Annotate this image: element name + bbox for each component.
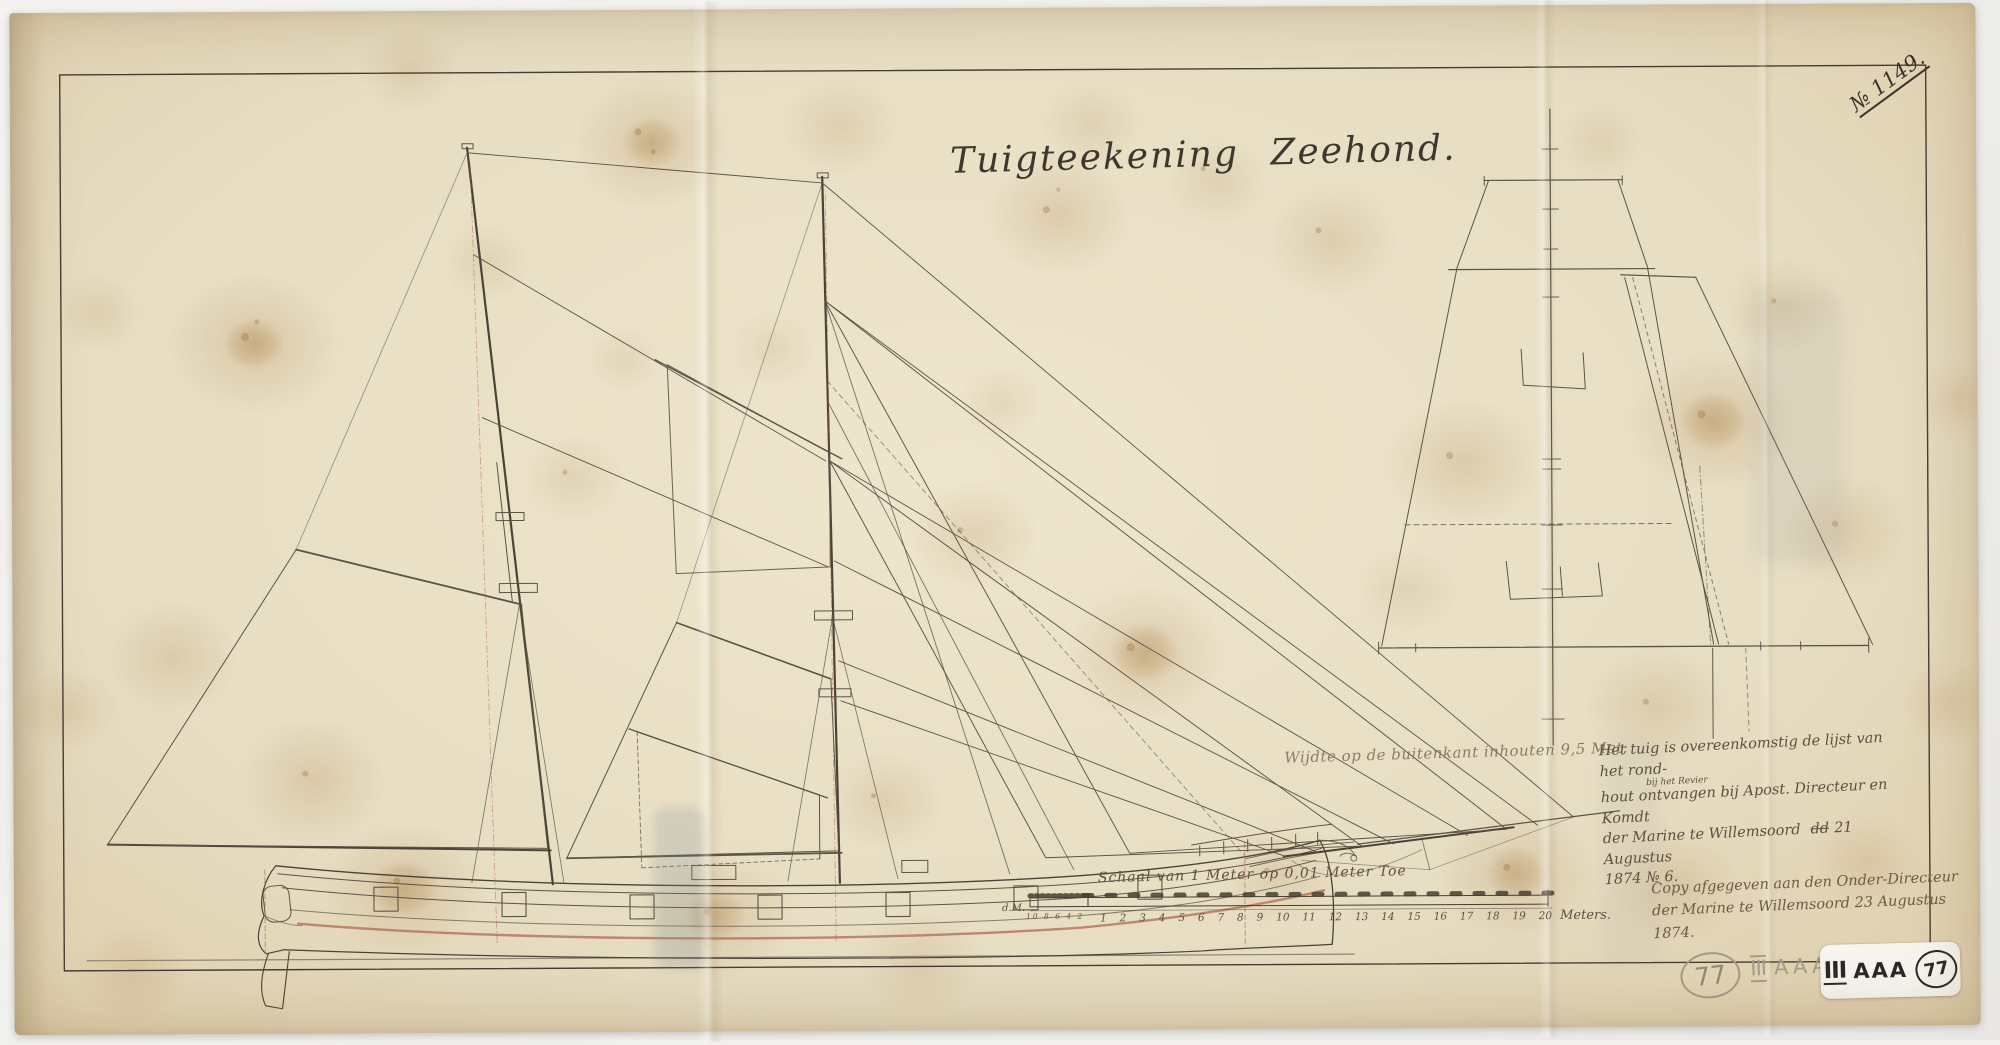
stays	[467, 147, 1574, 877]
scan-background: Tuigteekening Zeehond. № 1149. Wijdte op…	[0, 0, 2000, 1040]
foremast	[822, 177, 840, 883]
square-topsail-outlines	[627, 359, 844, 868]
topgallant-yard	[1484, 180, 1622, 181]
mast-top-bracket-upper	[1521, 349, 1585, 389]
scale-left-sublabels: 10 8 6 4 2	[1026, 912, 1084, 921]
copy-issued-note: Copy afgegeven aan den Onder-Directeur d…	[1651, 865, 1983, 946]
jib-sails	[825, 297, 1507, 859]
waterline	[87, 954, 1354, 961]
stern-profile	[258, 866, 284, 954]
braced-sail-legs	[1625, 276, 1873, 645]
struck-word: dd	[1810, 821, 1829, 838]
deck-house	[692, 865, 736, 879]
lower-yard	[1379, 645, 1869, 648]
scale-tick-labels: 1234567891011121314151617181920	[1100, 910, 1552, 924]
topsail-yard	[1449, 269, 1655, 270]
sheet-content: Tuigteekening Zeehond. № 1149. Wijdte op…	[0, 0, 2000, 1040]
braced-yard	[1621, 274, 1696, 277]
topgallant-sail	[1456, 181, 1647, 269]
sticker-letters: AAA	[1853, 958, 1908, 983]
rigging-receipt-note: Het tuig is overeenkomstig de lijst van …	[1598, 727, 1915, 891]
scale-left-unit: d.M.	[1002, 903, 1025, 914]
pencil-code-stamp: III AAA	[1750, 952, 1831, 982]
sticker-circled-number: 77	[1912, 947, 1960, 991]
sail-plan-front-view	[1376, 107, 1873, 746]
sticker-roman-numeral: III	[1823, 958, 1846, 985]
scale-unit-suffix: Meters.	[1560, 908, 1611, 923]
plan-mast	[1550, 109, 1553, 745]
inventory-sticker: III AAA 77	[1820, 941, 1961, 999]
mast-top-bracket-lower	[1506, 561, 1602, 600]
scale-bar-graphic	[1030, 890, 1552, 911]
main-gaff-sail	[106, 548, 548, 850]
paper-sheet: Tuigteekening Zeehond. № 1149. Wijdte op…	[9, 3, 1980, 1035]
pencil-roman-numeral: III	[1750, 955, 1767, 983]
